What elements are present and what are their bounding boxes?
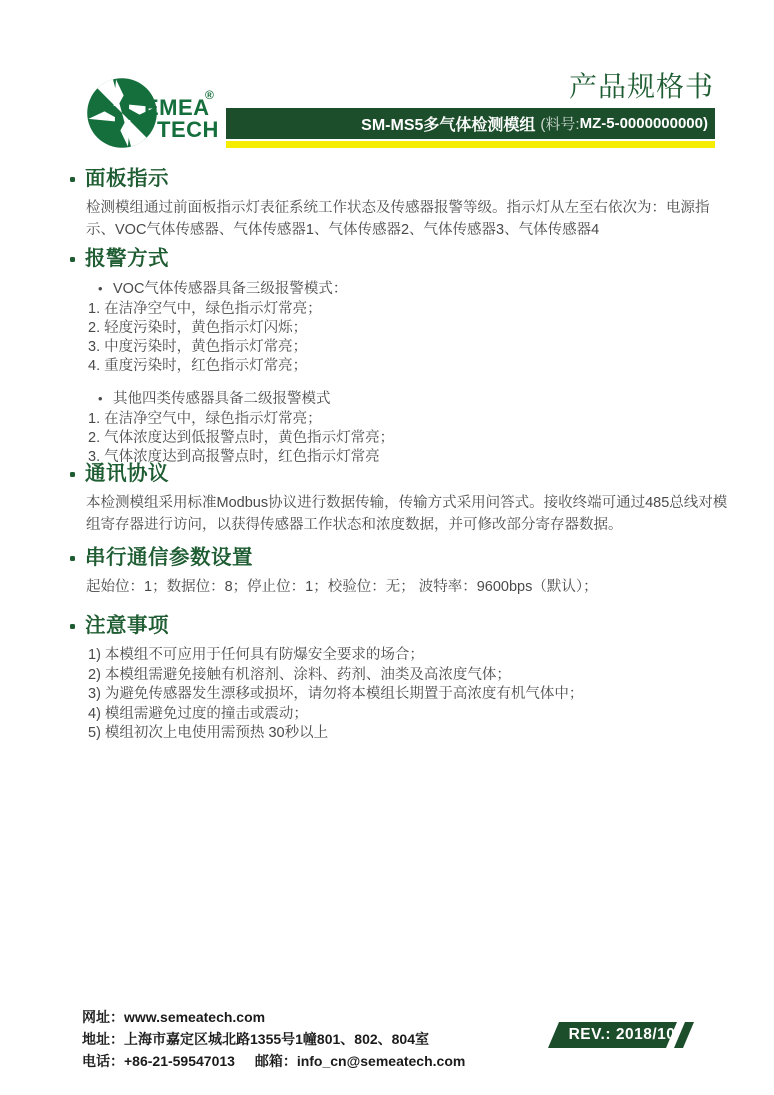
list-item: 1. 在洁净空气中，绿色指示灯常亮；: [88, 300, 730, 319]
logo-text-tech: TECH: [157, 119, 219, 141]
section-notes: 注意事项 1) 本模组不可应用于任何具有防爆安全要求的场合； 2) 本模组需避免…: [70, 614, 730, 744]
section-panel-indication: 面板指示 检测模组通过前面板指示灯表征系统工作状态及传感器报警等级。指示灯从左至…: [70, 167, 730, 241]
section-paragraph: 起始位：1；数据位：8；停止位：1；校验位：无； 波特率：9600bps（默认）…: [86, 577, 730, 599]
list-item: 3. 中度污染时，黄色指示灯常亮；: [88, 338, 730, 357]
section-paragraph: 本检测模组采用标准Modbus协议进行数据传输，传输方式采用问答式。接收终端可通…: [86, 493, 730, 536]
list-bullet-icon: •: [98, 279, 113, 298]
spec-sheet-page: EMEA TECH ® 产品规格书 SM-MS5多气体检测模组 (料号: MZ-…: [0, 0, 774, 1095]
footer-phone: 电话：+86-21-59547013: [82, 1053, 235, 1069]
semeatech-logo: EMEA TECH ®: [85, 70, 235, 154]
registered-mark-icon: ®: [205, 88, 214, 102]
section-heading-text: 报警方式: [85, 247, 169, 271]
alarm-group-title: •其他四类传感器具备二级报警模式: [98, 389, 730, 409]
logo-text-emea: EMEA: [144, 97, 210, 119]
revision-text: REV.: 2018/10: [566, 1022, 678, 1048]
list-item: 2. 气体浓度达到低报警点时，黄色指示灯常亮；: [88, 429, 730, 448]
revision-badge: REV.: 2018/10: [548, 1022, 716, 1048]
section-serial-params: 串行通信参数设置 起始位：1；数据位：8；停止位：1；校验位：无； 波特率：96…: [70, 546, 730, 599]
note-item: 3) 为避免传感器发生漂移或损坏，请勿将本模组长期置于高浓度有机气体中；: [88, 685, 730, 705]
alarm-group-title: •VOC气体传感器具备三级报警模式：: [98, 279, 730, 299]
list-item: 4. 重度污染时，红色指示灯常亮；: [88, 357, 730, 376]
section-heading: 注意事项: [70, 614, 730, 638]
list-bullet-icon: •: [98, 389, 113, 408]
section-heading: 串行通信参数设置: [70, 546, 730, 570]
footer-contact-block: 网址：www.semeatech.com 地址：上海市嘉定区城北路1355号1幢…: [82, 1006, 465, 1072]
section-heading: 通讯协议: [70, 462, 730, 486]
list-item: 1. 在洁净空气中，绿色指示灯常亮；: [88, 410, 730, 429]
doc-title: 产品规格书: [569, 72, 714, 102]
footer-website: 网址：www.semeatech.com: [82, 1006, 465, 1028]
section-alarm-modes: 报警方式 •VOC气体传感器具备三级报警模式： 1. 在洁净空气中，绿色指示灯常…: [70, 247, 730, 467]
part-number-label: (料号:: [540, 113, 579, 134]
note-item: 5) 模组初次上电使用需预热 30秒以上: [88, 724, 730, 744]
part-number-value: MZ-5-0000000000): [580, 115, 708, 132]
section-heading-text: 注意事项: [85, 614, 169, 638]
section-heading: 面板指示: [70, 167, 730, 191]
section-heading-text: 通讯协议: [85, 462, 169, 486]
section-heading-text: 面板指示: [85, 167, 169, 191]
section-bullet-icon: [70, 556, 75, 561]
note-item: 2) 本模组需避免接触有机溶剂、涂料、药剂、油类及高浓度气体；: [88, 666, 730, 686]
section-bullet-icon: [70, 257, 75, 262]
note-item: 1) 本模组不可应用于任何具有防爆安全要求的场合；: [88, 646, 730, 666]
section-bullet-icon: [70, 624, 75, 629]
product-name: SM-MS5多气体检测模组: [361, 112, 535, 135]
footer-email: 邮箱：info_cn@semeatech.com: [255, 1053, 466, 1069]
accent-bar: [226, 141, 715, 148]
section-bullet-icon: [70, 472, 75, 477]
section-heading: 报警方式: [70, 247, 730, 271]
section-heading-text: 串行通信参数设置: [85, 546, 253, 570]
section-paragraph: 检测模组通过前面板指示灯表征系统工作状态及传感器报警等级。指示灯从左至右依次为：…: [86, 198, 730, 241]
product-banner: SM-MS5多气体检测模组 (料号: MZ-5-0000000000): [226, 108, 715, 139]
section-bullet-icon: [70, 177, 75, 182]
note-item: 4) 模组需避免过度的撞击或震动；: [88, 705, 730, 725]
footer-address: 地址：上海市嘉定区城北路1355号1幢801、802、804室: [82, 1028, 465, 1050]
section-protocol: 通讯协议 本检测模组采用标准Modbus协议进行数据传输，传输方式采用问答式。接…: [70, 462, 730, 536]
list-item: 2. 轻度污染时，黄色指示灯闪烁；: [88, 319, 730, 338]
